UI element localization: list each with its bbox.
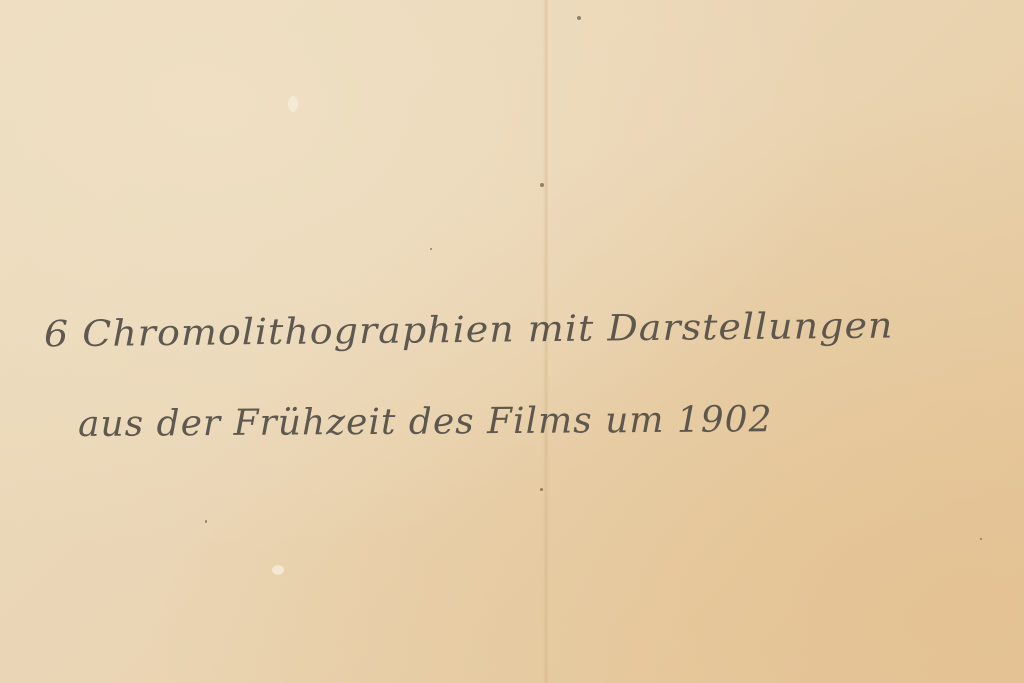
paper-blemish	[272, 565, 284, 575]
paper-speck	[577, 16, 581, 20]
paper-speck	[205, 520, 207, 523]
paper-speck	[430, 248, 432, 250]
paper-speck	[540, 183, 544, 187]
paper-speck	[540, 488, 543, 491]
paper-sheet: 6 Chromolithographien mit Darstellungen …	[0, 0, 1024, 683]
handwritten-line-2: aus der Frühzeit des Films um 1902	[78, 399, 773, 445]
paper-speck	[980, 538, 982, 540]
paper-blemish	[288, 96, 298, 112]
handwritten-line-1: 6 Chromolithographien mit Darstellungen	[44, 304, 894, 355]
